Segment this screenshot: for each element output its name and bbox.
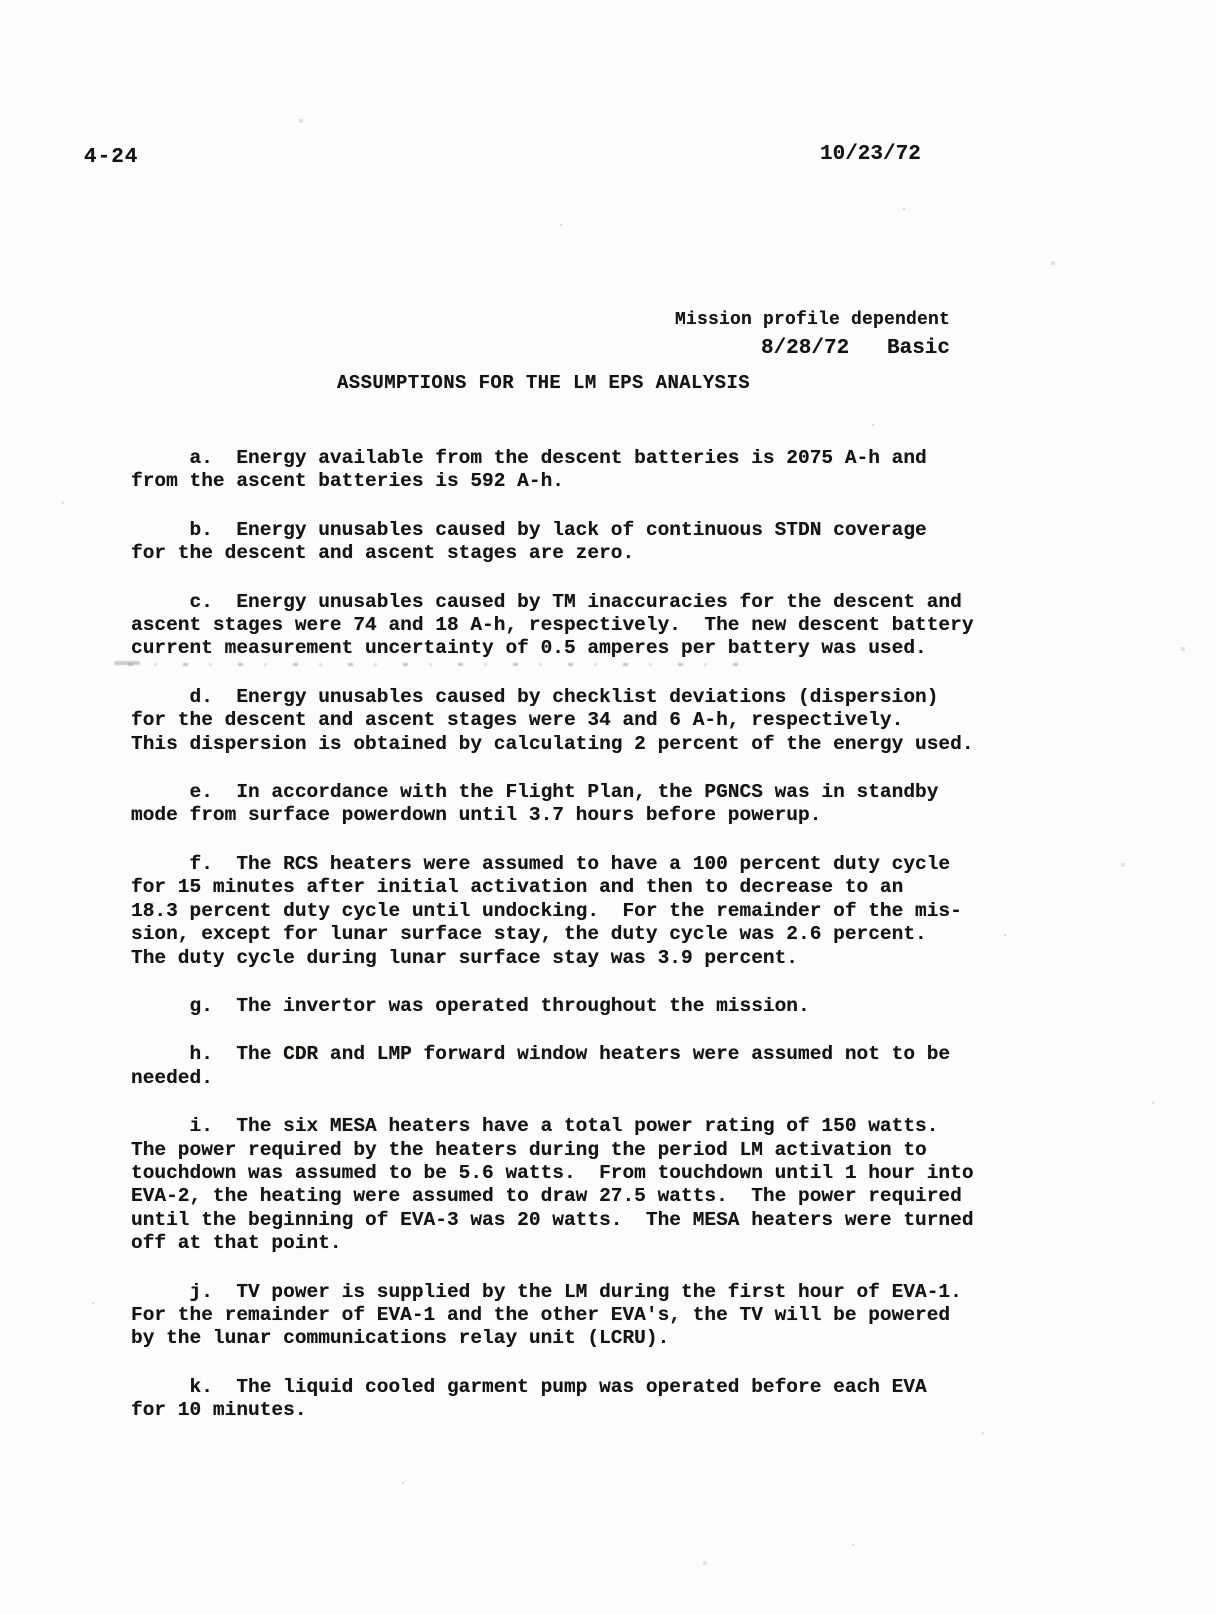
- page-title: ASSUMPTIONS FOR THE LM EPS ANALYSIS: [337, 372, 750, 394]
- scan-smudge-artifact: [128, 661, 758, 668]
- paragraph-f: f. The RCS heaters were assumed to have …: [131, 853, 1011, 970]
- scanned-document-page: { "page_header": { "page_number": "4-24"…: [0, 0, 1216, 1615]
- scan-speckles: [0, 0, 2, 2]
- paragraph-h: h. The CDR and LMP forward window heater…: [131, 1043, 1011, 1090]
- paragraph-a: a. Energy available from the descent bat…: [131, 447, 1011, 494]
- document-body: a. Energy available from the descent bat…: [131, 447, 1011, 1448]
- document-page: 4-24 10/23/72 Mission profile dependent …: [0, 0, 1216, 1615]
- page-number: 4-24: [84, 146, 138, 169]
- annotation-basic-date: 8/28/72 Basic: [675, 334, 950, 363]
- annotation-mission-profile: Mission profile dependent: [675, 306, 950, 334]
- paragraph-b: b. Energy unusables caused by lack of co…: [131, 519, 1011, 566]
- paragraph-c: c. Energy unusables caused by TM inaccur…: [131, 591, 1011, 661]
- paragraph-i: i. The six MESA heaters have a total pow…: [131, 1115, 1011, 1255]
- paragraph-k: k. The liquid cooled garment pump was op…: [131, 1376, 1011, 1423]
- document-date: 10/23/72: [820, 143, 921, 166]
- paragraph-d: d. Energy unusables caused by checklist …: [131, 686, 1011, 756]
- revision-annotation: Mission profile dependent 8/28/72 Basic: [675, 306, 950, 363]
- paragraph-e: e. In accordance with the Flight Plan, t…: [131, 781, 1011, 828]
- paragraph-j: j. TV power is supplied by the LM during…: [131, 1281, 1011, 1351]
- paragraph-g: g. The invertor was operated throughout …: [131, 995, 1011, 1018]
